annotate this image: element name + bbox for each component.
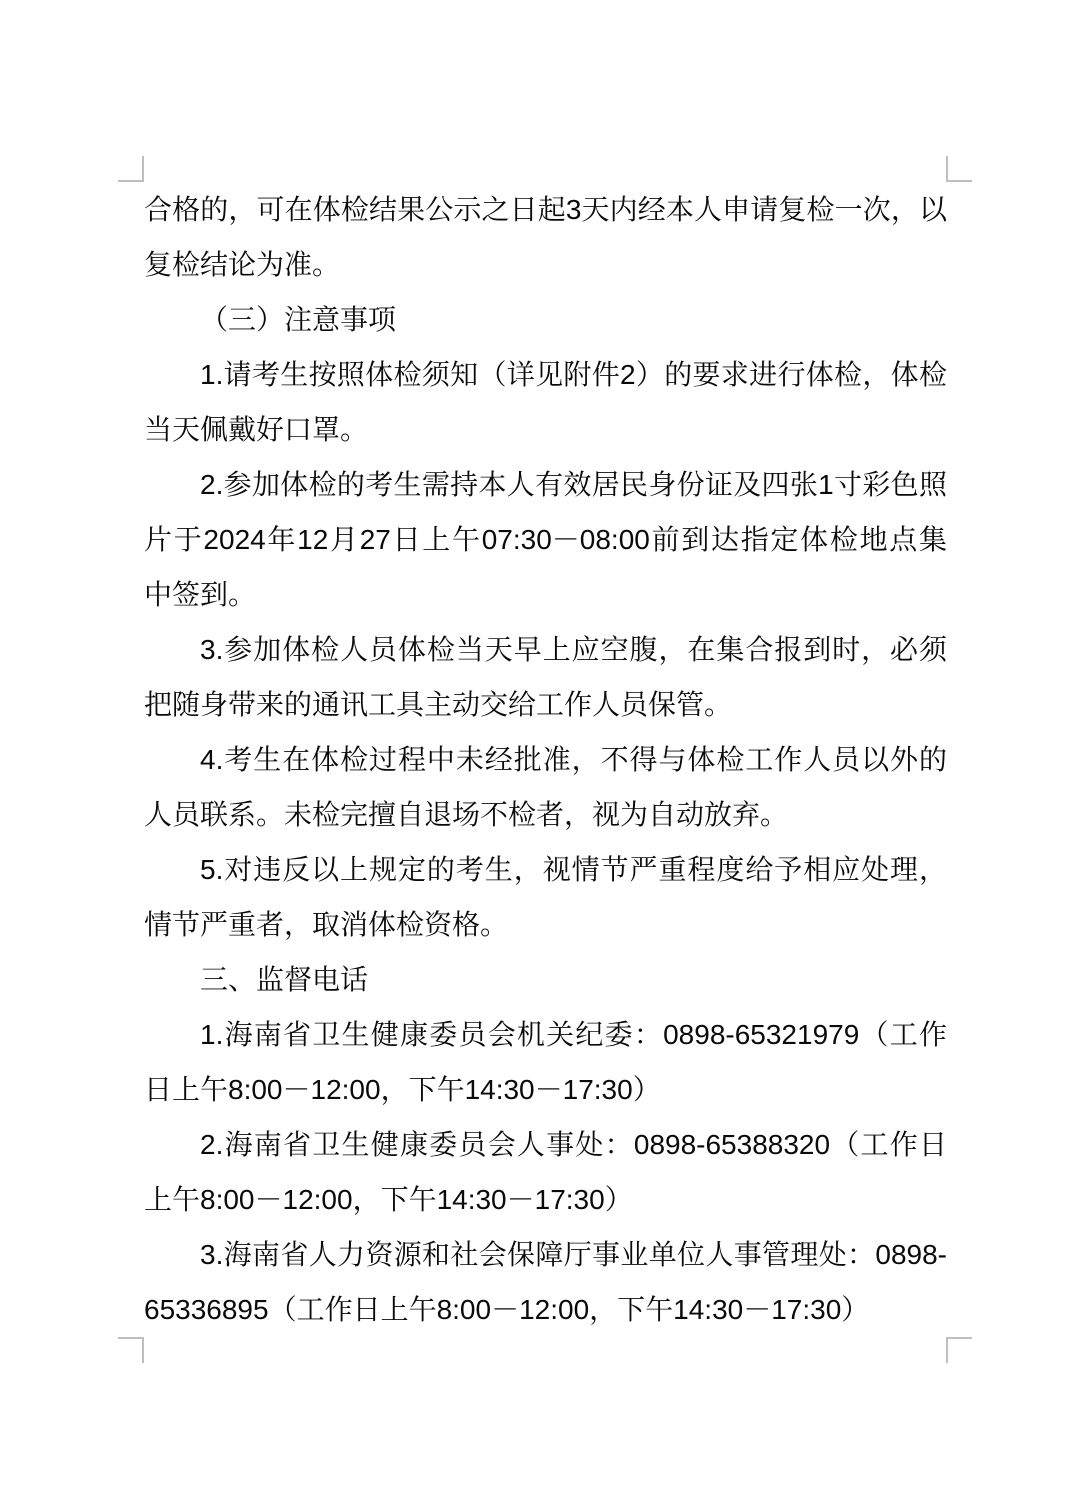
document-line: 5.对违反以上规定的考生，视情节严重程度给予相应处理， — [144, 842, 947, 897]
document-line: 复检结论为准。 — [144, 237, 947, 292]
document-line: 3.海南省人力资源和社会保障厅事业单位人事管理处：0898- — [144, 1227, 947, 1282]
margin-mark-bottom-left — [118, 1337, 144, 1363]
document-line: 当天佩戴好口罩。 — [144, 402, 947, 457]
document-line: 65336895（工作日上午8:00－12:00，下午14:30－17:30） — [144, 1282, 947, 1337]
document-line: 2.海南省卫生健康委员会人事处：0898-65388320（工作日 — [144, 1117, 947, 1172]
document-line: 情节严重者，取消体检资格。 — [144, 897, 947, 952]
document-line: 把随身带来的通讯工具主动交给工作人员保管。 — [144, 677, 947, 732]
document-line: 三、监督电话 — [144, 952, 947, 1007]
document-line: 日上午8:00－12:00，下午14:30－17:30） — [144, 1062, 947, 1117]
margin-mark-top-right — [946, 156, 972, 182]
document-line: 1.请考生按照体检须知（详见附件2）的要求进行体检，体检 — [144, 347, 947, 402]
document-page: 合格的，可在体检结果公示之日起3天内经本人申请复检一次，以复检结论为准。（三）注… — [0, 0, 1080, 1512]
document-line: 4.考生在体检过程中未经批准，不得与体检工作人员以外的 — [144, 732, 947, 787]
document-line: 3.参加体检人员体检当天早上应空腹，在集合报到时，必须 — [144, 622, 947, 677]
document-line: 上午8:00－12:00，下午14:30－17:30） — [144, 1172, 947, 1227]
document-line: 中签到。 — [144, 567, 947, 622]
document-line: 片于2024年12月27日上午07:30－08:00前到达指定体检地点集 — [144, 512, 947, 567]
margin-mark-top-left — [118, 156, 144, 182]
document-line: 1.海南省卫生健康委员会机关纪委：0898-65321979（工作 — [144, 1007, 947, 1062]
document-line: 人员联系。未检完擅自退场不检者，视为自动放弃。 — [144, 787, 947, 842]
document-line: （三）注意事项 — [144, 292, 947, 347]
document-line: 2.参加体检的考生需持本人有效居民身份证及四张1寸彩色照 — [144, 457, 947, 512]
margin-mark-bottom-right — [946, 1337, 972, 1363]
document-text: 合格的，可在体检结果公示之日起3天内经本人申请复检一次，以复检结论为准。（三）注… — [144, 182, 947, 1337]
document-line: 合格的，可在体检结果公示之日起3天内经本人申请复检一次，以 — [144, 182, 947, 237]
